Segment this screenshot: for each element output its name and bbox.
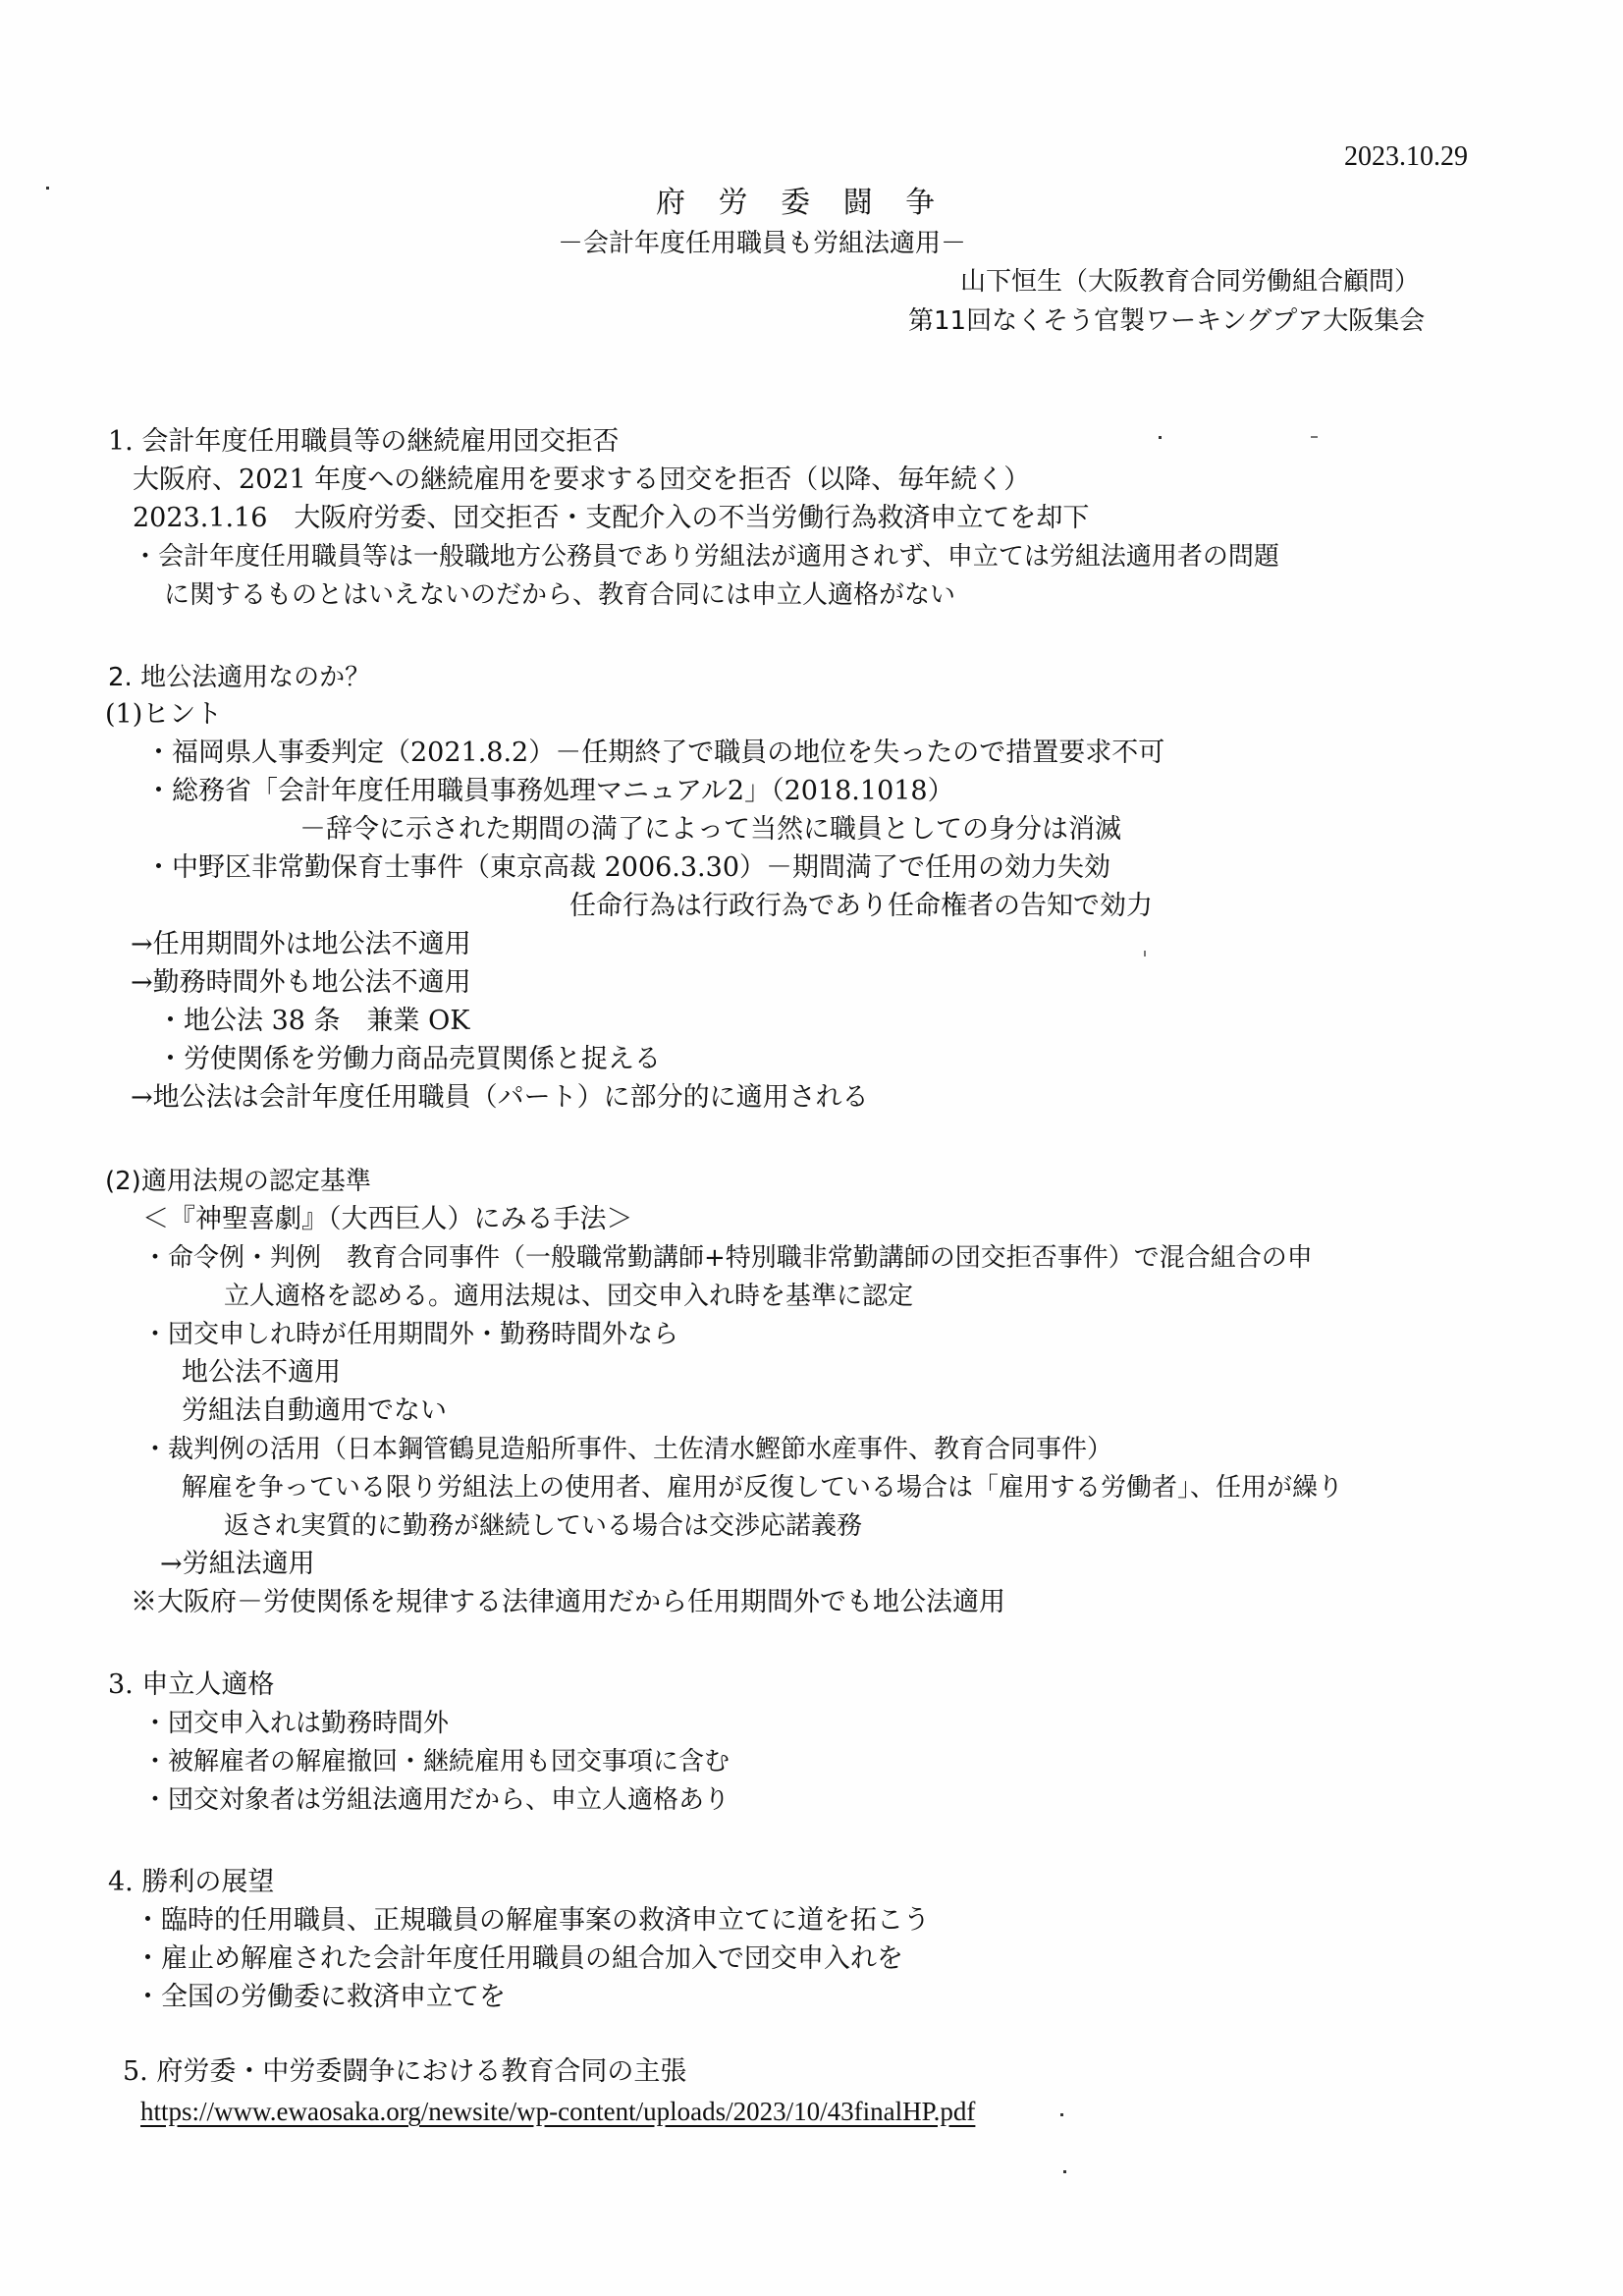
- bullet-item: ・労使関係を労働力商品売買関係と捉える: [157, 1043, 661, 1076]
- arrow-item: →労組法適用: [160, 1548, 315, 1581]
- section-heading: 3. 申立人適格: [108, 1668, 274, 1702]
- section-text: 2023.1.16 大阪府労委、団交拒否・支配介入の不当労働行為救済申立てを却下: [133, 502, 1089, 535]
- note-item: ※大阪府－労使関係を規律する法律適用だから任用期間外でも地公法適用: [131, 1586, 1005, 1619]
- section-heading: 4. 勝利の展望: [108, 1866, 274, 1899]
- bullet-item: ・臨時的任用職員、正規職員の解雇事案の救済申立てに道を拓こう: [135, 1904, 930, 1938]
- bullet-item: ・福岡県人事委判定（2021.8.2）－任期終了で職員の地位を失ったので措置要求…: [145, 737, 1164, 770]
- section-heading: 1. 会計年度任用職員等の継続雇用団交拒否: [108, 425, 619, 459]
- method-note: ＜『神聖喜劇』（大西巨人）にみる手法＞: [142, 1203, 633, 1236]
- reference-link[interactable]: https://www.ewaosaka.org/newsite/wp-cont…: [140, 2095, 975, 2128]
- scan-speck: [1311, 436, 1318, 438]
- section-text: 大阪府、2021 年度への継続雇用を要求する団交を拒否（以降、毎年続く）: [133, 464, 1030, 497]
- document-page: 2023.10.29 府 労 委 闘 争 －会計年度任用職員も労組法適用－ 山下…: [0, 0, 1623, 2296]
- bullet-item: ・団交対象者は労組法適用だから、申立人適格あり: [142, 1783, 730, 1817]
- bullet-continuation: 立人適格を認める。適用法規は、団交申入れ時を基準に認定: [224, 1280, 913, 1313]
- bullet-item: ・命令例・判例 教育合同事件（一般職常勤講師+特別職非常勤講師の団交拒否事件）で…: [142, 1241, 1313, 1275]
- scan-speck: [1159, 436, 1162, 439]
- bullet-item: ・雇止め解雇された会計年度任用職員の組合加入で団交申入れを: [135, 1942, 903, 1976]
- arrow-item: →任用期間外は地公法不適用: [131, 928, 471, 961]
- bullet-item: ・裁判例の活用（日本鋼管鶴見造船所事件、土佐清水鰹節水産事件、教育合同事件）: [142, 1433, 1112, 1466]
- bullet-item: ・地公法 38 条 兼業 OK: [157, 1005, 469, 1038]
- bullet-item: ・被解雇者の解雇撤回・継続雇用も団交事項に含む: [142, 1745, 730, 1778]
- document-date: 2023.10.29: [1344, 140, 1468, 174]
- bullet-item: ・会計年度任用職員等は一般職地方公務員であり労組法が適用されず、申立ては労組法適…: [133, 540, 1279, 574]
- bullet-item: ・団交申しれ時が任用期間外・勤務時間外なら: [142, 1318, 678, 1351]
- arrow-item: →地公法は会計年度任用職員（パート）に部分的に適用される: [131, 1081, 869, 1115]
- subsection-heading: (2)適用法規の認定基準: [105, 1165, 371, 1198]
- event-line: 第11回なくそう官製ワーキングプア大阪集会: [908, 304, 1425, 338]
- bullet-continuation: 返され実質的に勤務が継続している場合は交渉応諾義務: [224, 1509, 862, 1543]
- section-heading: 2. 地公法適用なのか？: [108, 661, 370, 694]
- document-subtitle: －会計年度任用職員も労組法適用－: [558, 227, 966, 260]
- author-line: 山下恒生（大阪教育合同労働組合顧問）: [960, 265, 1420, 299]
- subsection-heading: (1)ヒント: [105, 698, 222, 732]
- bullet-item: ・団交申入れは勤務時間外: [142, 1707, 449, 1740]
- bullet-continuation: －辞令に示された期間の満了によって当然に職員としての身分は消滅: [299, 813, 1121, 847]
- bullet-continuation: 解雇を争っている限り労組法上の使用者、雇用が反復している場合は「雇用する労働者」…: [182, 1471, 1343, 1504]
- bullet-item: ・全国の労働委に救済申立てを: [135, 1981, 506, 2014]
- arrow-item: →勤務時間外も地公法不適用: [131, 966, 471, 1000]
- section-heading: 5. 府労委・中労委闘争における教育合同の主張: [123, 2055, 686, 2089]
- document-title: 府 労 委 闘 争: [656, 187, 947, 220]
- scan-speck: [46, 187, 49, 190]
- bullet-continuation: に関するものとはいえないのだから、教育合同には申立人適格がない: [164, 578, 955, 612]
- bullet-continuation: 任命行為は行政行為であり任命権者の告知で効力: [569, 890, 1153, 923]
- bullet-item: ・中野区非常勤保育士事件（東京高裁 2006.3.30）－期間満了で任用の効力失…: [145, 851, 1110, 885]
- indented-text: 地公法不適用: [182, 1356, 341, 1390]
- scan-speck: [1063, 2170, 1066, 2173]
- bullet-item: ・総務省「会計年度任用職員事務処理マニュアル2」（2018.1018）: [145, 775, 954, 808]
- scan-speck: [1144, 951, 1146, 957]
- scan-speck: [1060, 2113, 1063, 2116]
- indented-text: 労組法自動適用でない: [182, 1394, 447, 1428]
